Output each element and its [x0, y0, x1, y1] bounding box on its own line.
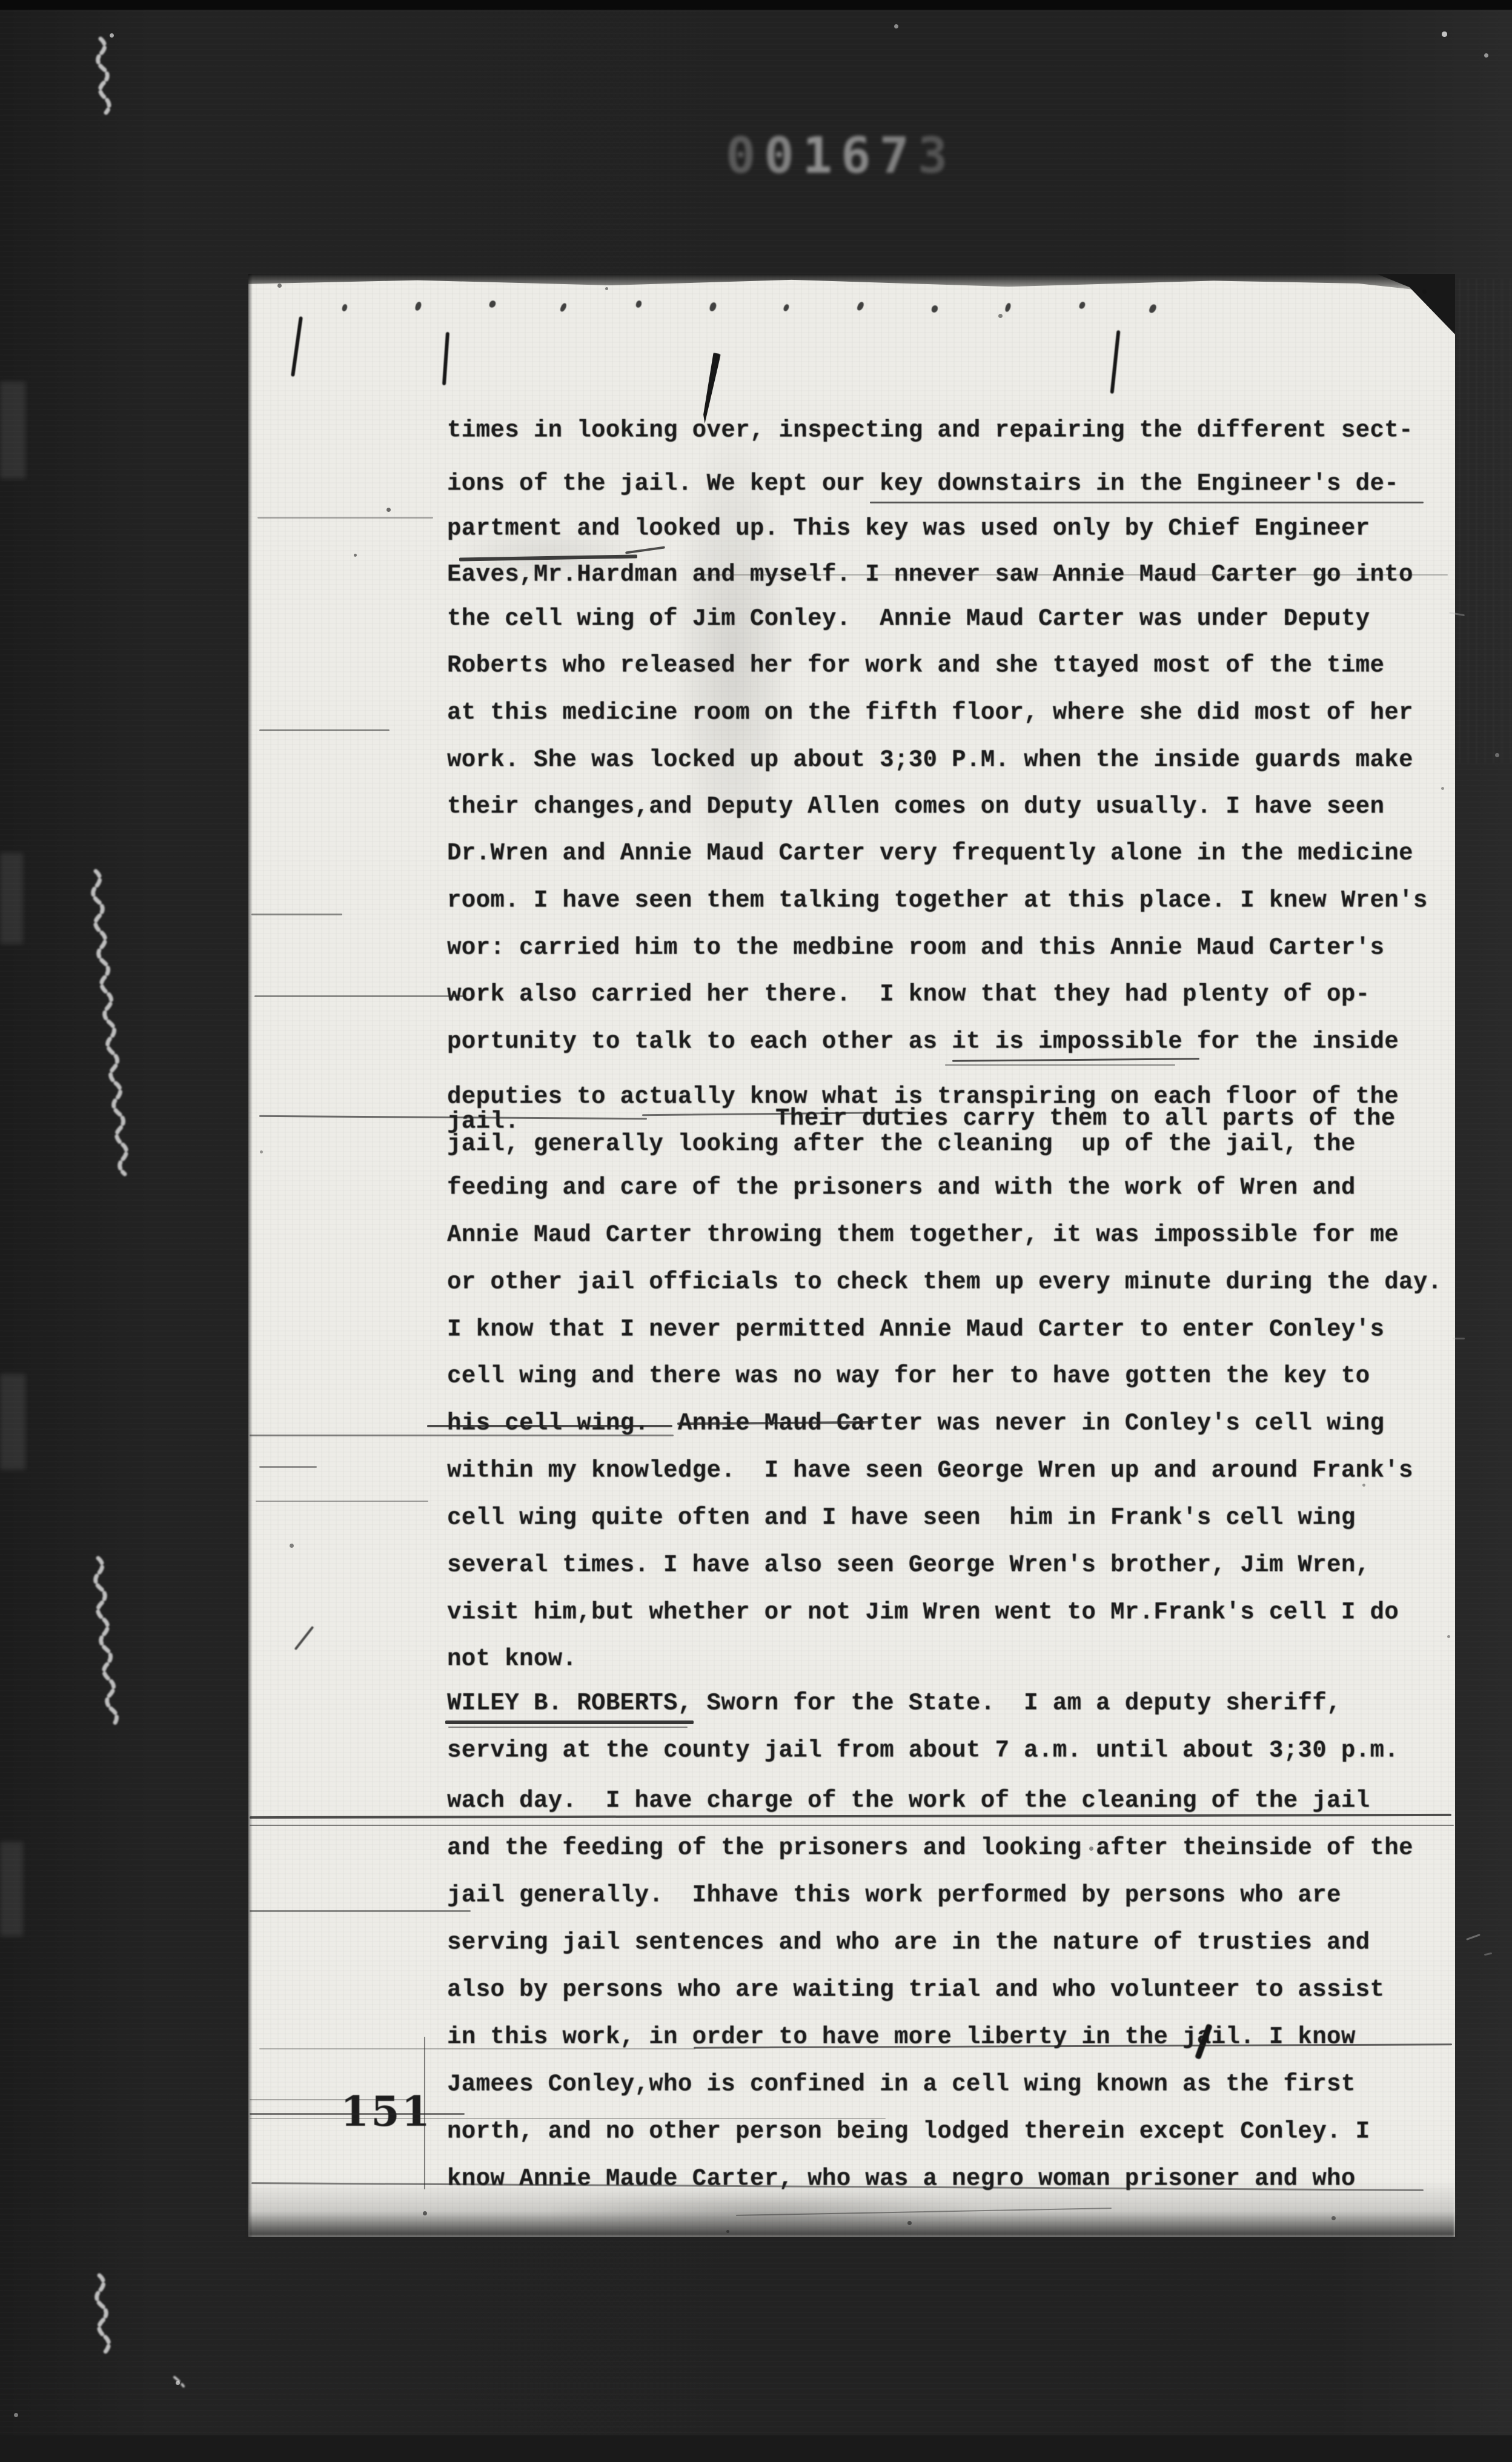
- scan-line: [870, 502, 1424, 503]
- typewritten-line: times in looking over, inspecting and re…: [447, 416, 1413, 444]
- film-smudge: [0, 1374, 25, 1470]
- typewritten-line: cell wing quite often and I have seen hi…: [447, 1503, 1356, 1531]
- typewritten-line: feeding and care of the prisoners and wi…: [447, 1173, 1356, 1201]
- scan-line: [250, 2113, 465, 2115]
- stamp-digit: 6: [841, 127, 879, 185]
- film-top-strip: [0, 0, 1512, 10]
- typewritten-line: serving jail sentences and who are in th…: [447, 1928, 1370, 1956]
- typewritten-line: partment and looked up. This key was use…: [447, 514, 1370, 542]
- scan-line: [250, 1910, 471, 1912]
- scan-line: [250, 1825, 1454, 1826]
- underline-mark: [945, 1064, 1175, 1066]
- typewritten-line: Their duties carry them to all parts of …: [775, 1104, 1396, 1132]
- stamp-digit: 0: [764, 127, 802, 185]
- typewritten-line: cell wing and there was no way for her t…: [447, 1361, 1370, 1390]
- typewritten-line: ions of the jail. We kept our key downst…: [447, 469, 1399, 497]
- scan-line: [250, 2099, 407, 2100]
- film-smudge: [0, 382, 25, 479]
- scan-line: [254, 995, 463, 997]
- typewritten-line: portunity to talk to each other as it is…: [447, 1027, 1399, 1055]
- typewritten-line: jail generally. Ihhave this work perform…: [447, 1880, 1341, 1909]
- typewritten-line: Annie Maud Carter throwing them together…: [447, 1220, 1399, 1249]
- typewritten-line: and the feeding of the prisoners and loo…: [447, 1833, 1413, 1862]
- typewritten-line: his cell wing. Annie Maud Carter was nev…: [447, 1409, 1384, 1437]
- typewritten-line: work. She was locked up about 3;30 P.M. …: [447, 745, 1413, 774]
- typewritten-line: I know that I never permitted Annie Maud…: [447, 1315, 1384, 1343]
- typewritten-line: Jamees Conley,who is confined in a cell …: [447, 2069, 1356, 2098]
- scan-line: [250, 2118, 886, 2119]
- typewritten-line: at this medicine room on the fifth floor…: [447, 698, 1413, 726]
- scan-line: [251, 914, 342, 915]
- film-edge-writing: [73, 0, 194, 2462]
- typewritten-line: jail, generally looking after the cleani…: [447, 1129, 1356, 1158]
- typewritten-line: Dr.Wren and Annie Maud Carter very frequ…: [447, 838, 1413, 867]
- page-left-edge-shadow: [248, 274, 253, 2237]
- stamp-digit: 0: [726, 127, 764, 185]
- typewritten-line: visit him,but whether or not Jim Wren we…: [447, 1598, 1399, 1626]
- typewritten-line: Roberts who released her for work and sh…: [447, 651, 1384, 679]
- film-smudge: [0, 853, 23, 944]
- margin-mark: [1453, 1338, 1465, 1339]
- heading-underline: [448, 1727, 688, 1728]
- film-bottom-strip: [0, 2435, 1512, 2462]
- typewritten-line: room. I have seen them talking together …: [447, 886, 1428, 914]
- scan-line: [259, 1466, 317, 1468]
- typewritten-line: serving at the county jail from about 7 …: [447, 1736, 1399, 1764]
- typewritten-line: their changes,and Deputy Allen comes on …: [447, 792, 1384, 820]
- page-speck: [0, 0, 2, 2]
- typewritten-line: or other jail officials to check them up…: [447, 1267, 1442, 1296]
- stamp-digit: 1: [803, 127, 841, 185]
- typewritten-line: within my knowledge. I have seen George …: [447, 1456, 1413, 1484]
- typewritten-line: WILEY B. ROBERTS, Sworn for the State. I…: [447, 1688, 1341, 1717]
- typewritten-line: also by persons who are waiting trial an…: [447, 1975, 1384, 2003]
- typewritten-line: wach day. I have charge of the work of t…: [447, 1786, 1370, 1814]
- margin-vertical-line: [424, 2037, 425, 2189]
- stamp-digit: 3: [918, 127, 956, 185]
- strikethrough-mark: [427, 1425, 672, 1427]
- typewritten-line: work also carried her there. I know that…: [447, 980, 1370, 1008]
- scan-line: [259, 2048, 695, 2049]
- scan-line: [256, 1501, 428, 1502]
- microfilm-frame-number-stamp: 001673: [726, 127, 956, 185]
- scan-line: [259, 729, 390, 731]
- page-number-stamp: 151: [340, 2088, 432, 2136]
- scan-line: [250, 1435, 674, 1436]
- stamp-digit: 7: [880, 127, 918, 185]
- film-smudge: [0, 1842, 23, 1936]
- typewritten-line: several times. I have also seen George W…: [447, 1550, 1370, 1579]
- scan-line: [697, 574, 1448, 576]
- scan-line: [257, 517, 433, 519]
- film-right-streaks: [1459, 279, 1512, 763]
- heading-underline: [445, 1720, 694, 1724]
- typewritten-line: wor: carried him to the medbine room and…: [447, 933, 1384, 961]
- typewritten-line: the cell wing of Jim Conley. Annie Maud …: [447, 604, 1370, 632]
- typewritten-line: not know.: [447, 1644, 577, 1673]
- typewritten-line: north, and no other person being lodged …: [447, 2117, 1370, 2145]
